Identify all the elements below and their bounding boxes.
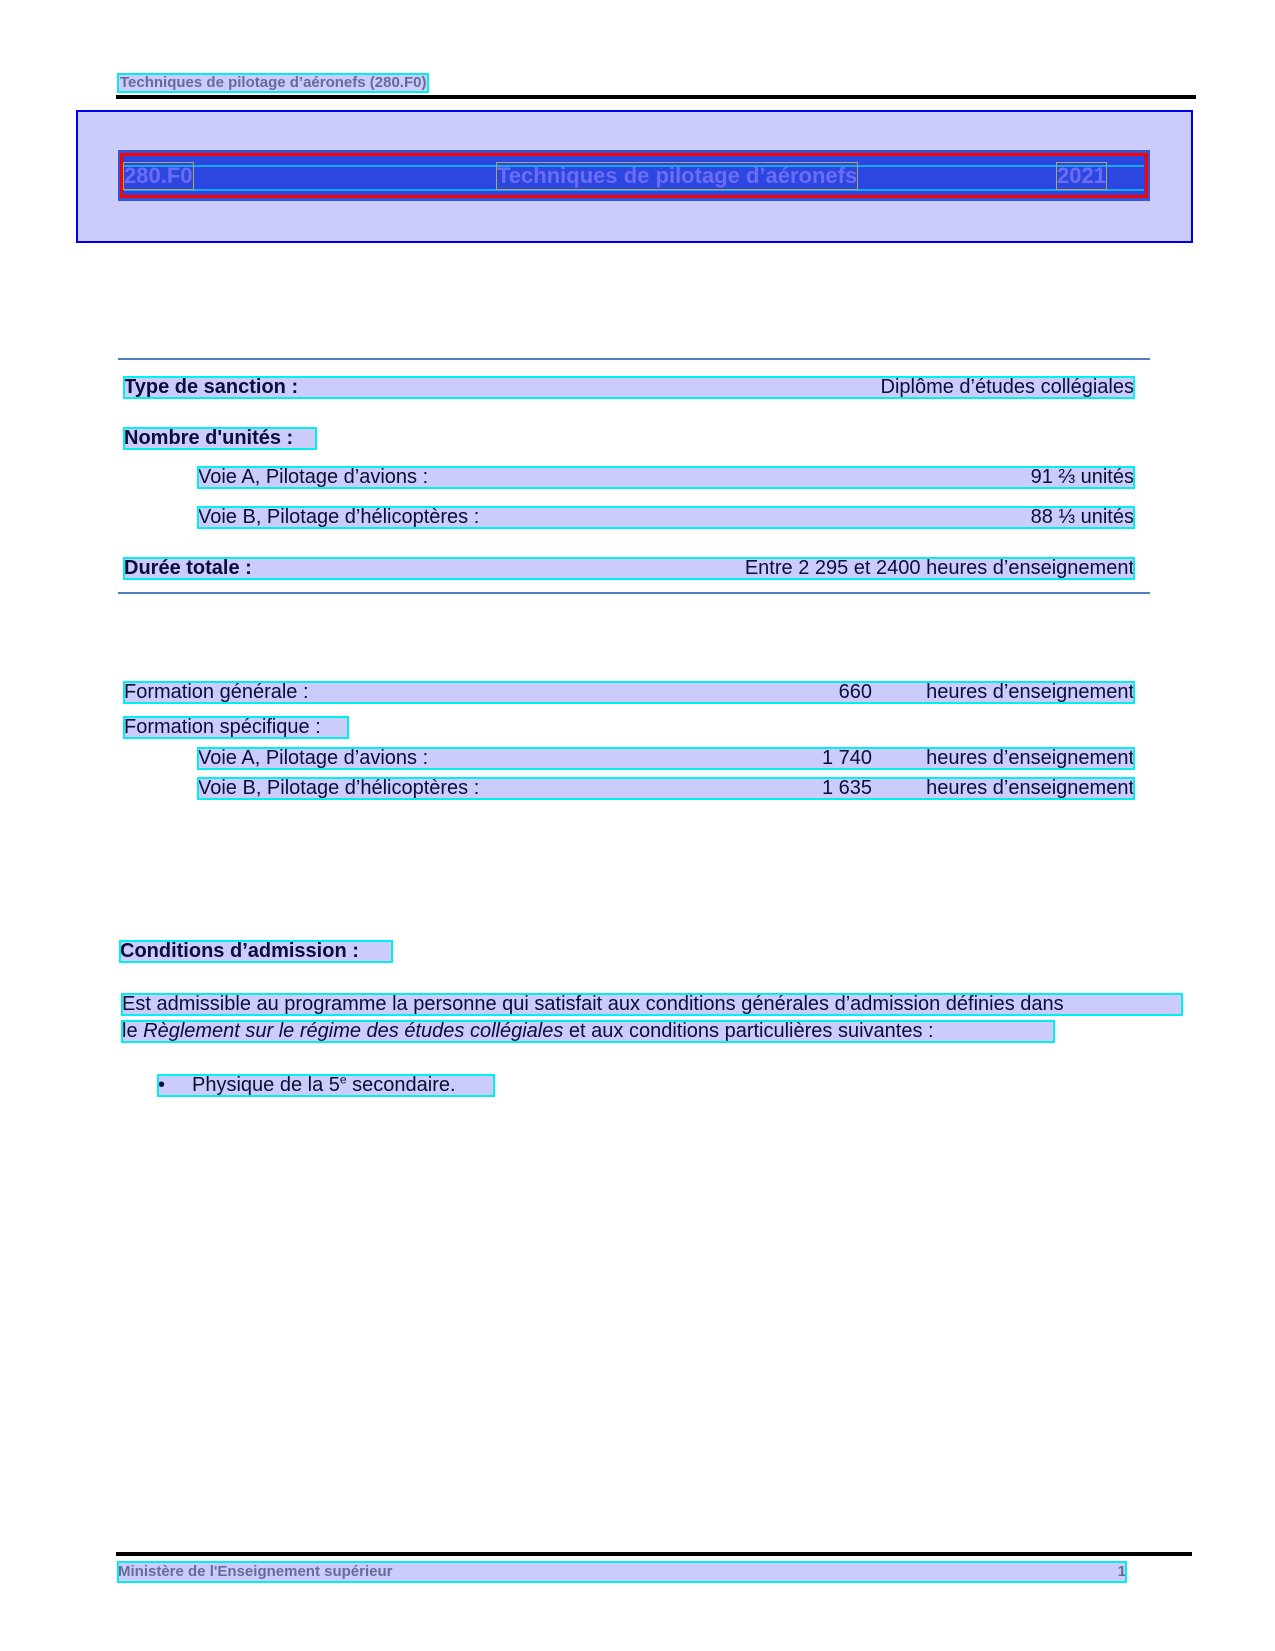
para-suffix: et aux conditions particulières suivante… [563, 1020, 933, 1042]
summary-top-rule [118, 358, 1150, 360]
header-rule [116, 95, 1196, 99]
sanction-label: Type de sanction : [124, 377, 298, 398]
duration-row: Durée totale : Entre 2 295 et 2400 heure… [124, 558, 1134, 579]
regulation-title: Règlement sur le régime des études collé… [143, 1020, 563, 1042]
hours-a-unit: heures d’enseignement [872, 748, 1134, 769]
bullet-text-after: secondaire. [347, 1074, 456, 1096]
hours-general-label: Formation générale : [124, 682, 792, 703]
footer-rule [116, 1552, 1192, 1556]
hours-specific-label: Formation spécifique : [124, 717, 321, 738]
admission-heading-text: Conditions d’admission : [120, 941, 359, 962]
hours-b-unit: heures d’enseignement [872, 778, 1134, 799]
hours-specific-row-a: Voie A, Pilotage d’avions : 1 740 heures… [198, 748, 1134, 769]
hours-specific-heading: Formation spécifique : [124, 717, 348, 738]
units-row-a: Voie A, Pilotage d’avions : 91 ⅔ unités [198, 467, 1134, 488]
program-title: Techniques de pilotage d’aéronefs [497, 163, 857, 189]
units-b-value: 88 ⅓ unités [1031, 507, 1134, 528]
program-year: 2021 [1057, 163, 1106, 189]
admission-bullet-item: •Physique de la 5e secondaire. [158, 1075, 494, 1096]
admission-paragraph-line1: Est admissible au programme la personne … [122, 994, 1182, 1015]
duration-label: Durée totale : [124, 558, 252, 579]
para-prefix: le [122, 1020, 143, 1042]
page-footer: Ministère de l'Enseignement supérieur 1 [118, 1562, 1126, 1582]
duration-value: Entre 2 295 et 2400 heures d’enseignemen… [745, 558, 1134, 579]
units-a-label: Voie A, Pilotage d’avions : [198, 467, 428, 488]
sanction-row: Type de sanction : Diplôme d’études coll… [124, 377, 1134, 398]
units-row-b: Voie B, Pilotage d’hélicoptères : 88 ⅓ u… [198, 507, 1134, 528]
hours-a-label: Voie A, Pilotage d’avions : [198, 748, 792, 769]
hours-general-value: 660 [792, 682, 872, 703]
hours-a-value: 1 740 [792, 748, 872, 769]
hours-b-value: 1 635 [792, 778, 872, 799]
hours-general-unit: heures d’enseignement [872, 682, 1134, 703]
hours-b-label: Voie B, Pilotage d’hélicoptères : [198, 778, 792, 799]
bullet-sup: e [340, 1072, 347, 1086]
units-b-label: Voie B, Pilotage d’hélicoptères : [198, 507, 479, 528]
units-a-value: 91 ⅔ unités [1031, 467, 1134, 488]
summary-bottom-rule [118, 592, 1150, 594]
hours-general-row: Formation générale : 660 heures d’enseig… [124, 682, 1134, 703]
admission-paragraph-line2: le Règlement sur le régime des études co… [122, 1021, 1054, 1042]
units-label: Nombre d'unités : [124, 428, 293, 449]
admission-heading: Conditions d’admission : [120, 941, 392, 962]
units-heading: Nombre d'unités : [124, 428, 316, 449]
program-code: 280.F0 [124, 163, 193, 189]
page-number: 1 [1118, 1562, 1126, 1582]
bullet-icon: • [158, 1075, 192, 1096]
sanction-value: Diplôme d’études collégiales [881, 377, 1134, 398]
bullet-text-before: Physique de la 5 [192, 1074, 340, 1096]
hours-specific-row-b: Voie B, Pilotage d’hélicoptères : 1 635 … [198, 778, 1134, 799]
running-header-title: Techniques de pilotage d’aéronefs (280.F… [118, 74, 428, 92]
footer-ministry: Ministère de l'Enseignement supérieur [118, 1562, 392, 1582]
